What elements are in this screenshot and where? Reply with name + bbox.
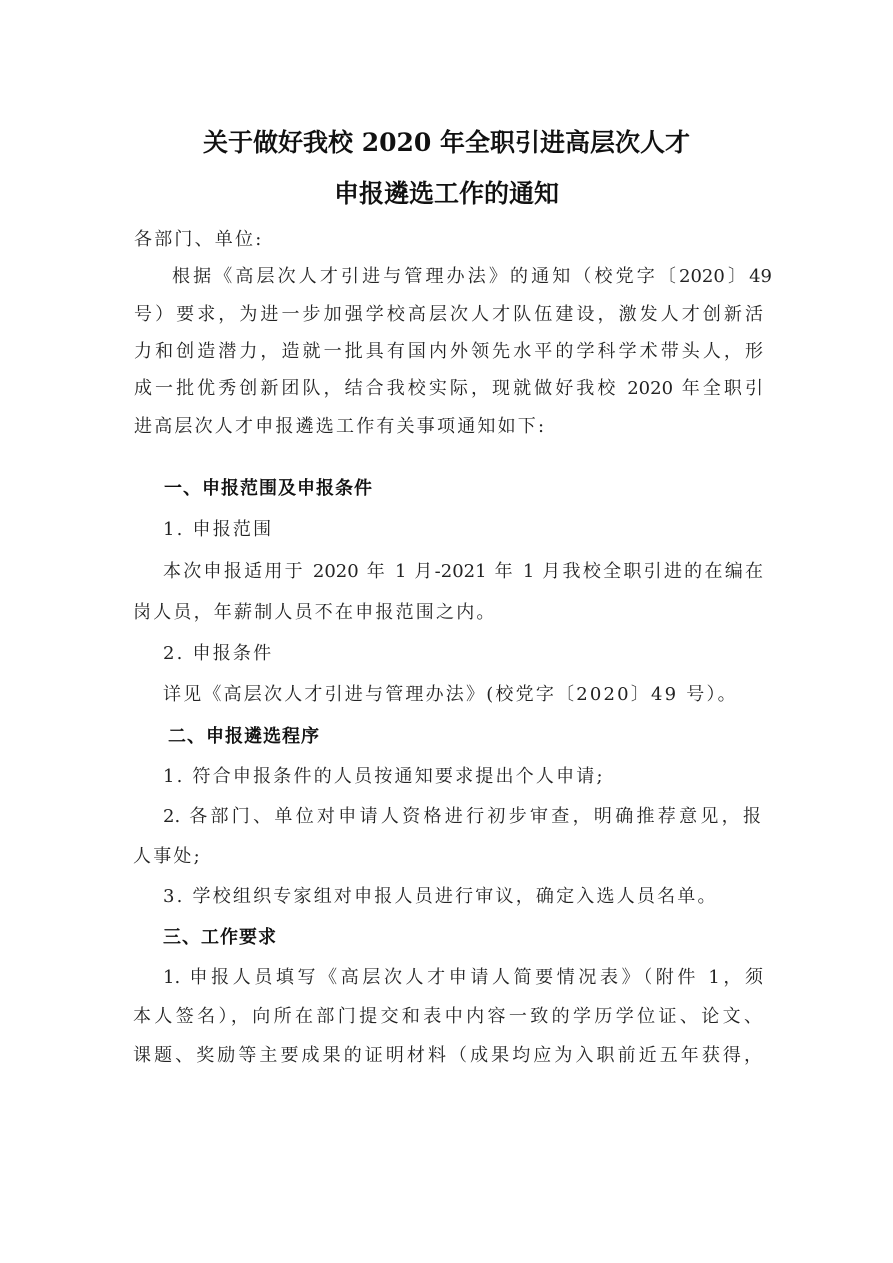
section-1-sub-2-title: 2. 申报条件 bbox=[163, 641, 273, 667]
section-1-heading: 一、申报范围及申报条件 bbox=[164, 476, 373, 502]
intro-line-1: 根据《高层次人才引进与管理办法》的通知（校党字〔2020〕49 bbox=[172, 264, 772, 290]
intro-line-4: 成一批优秀创新团队，结合我校实际，现就做好我校 2020 年全职引 bbox=[134, 376, 763, 402]
section-3-line-3: 课题、奖励等主要成果的证明材料（成果均应为入职前近五年获得， bbox=[133, 1043, 762, 1069]
document-page: 关于做好我校 2020 年全职引进高层次人才 申报遴选工作的通知 各部门、单位:… bbox=[0, 0, 893, 1263]
section-3-heading: 三、工作要求 bbox=[163, 925, 277, 951]
section-1-sub-1-line-1: 本次申报适用于 2020 年 1 月-2021 年 1 月我校全职引进的在编在 bbox=[163, 559, 763, 585]
intro-line-3: 力和创造潜力，造就一批具有国内外领先水平的学科学术带头人，形 bbox=[134, 339, 763, 365]
intro-line-5: 进高层次人才申报遴选工作有关事项通知如下: bbox=[134, 414, 546, 440]
section-3-line-1: 1. 申报人员填写《高层次人才申请人简要情况表》（附件 1，须 bbox=[163, 965, 763, 991]
section-1-sub-1-line-2: 岗人员，年薪制人员不在申报范围之内。 bbox=[133, 600, 497, 626]
section-1-sub-2-line-1: 详见《高层次人才引进与管理办法》(校党字〔2020〕49 号）。 bbox=[163, 682, 738, 708]
section-2-heading: 二、申报遴选程序 bbox=[168, 724, 320, 750]
section-2-line-3: 人事处; bbox=[133, 844, 202, 870]
section-2-line-2: 2. 各部门、单位对申请人资格进行初步审查，明确推荐意见，报 bbox=[163, 804, 761, 830]
section-2-line-4: 3. 学校组织专家组对申报人员进行审议，确定入选人员名单。 bbox=[163, 884, 718, 910]
document-title-line-2: 申报遴选工作的通知 bbox=[0, 178, 893, 210]
section-3-line-2: 本人签名），向所在部门提交和表中内容一致的学历学位证、论文、 bbox=[133, 1004, 762, 1030]
intro-line-2: 号）要求，为进一步加强学校高层次人才队伍建设，激发人才创新活 bbox=[134, 302, 763, 328]
section-1-sub-1-title: 1. 申报范围 bbox=[163, 517, 273, 543]
document-title-line-1: 关于做好我校 2020 年全职引进高层次人才 bbox=[0, 127, 893, 159]
section-2-line-1: 1. 符合申报条件的人员按通知要求提出个人申请; bbox=[163, 764, 605, 790]
salutation: 各部门、单位: bbox=[134, 227, 263, 253]
